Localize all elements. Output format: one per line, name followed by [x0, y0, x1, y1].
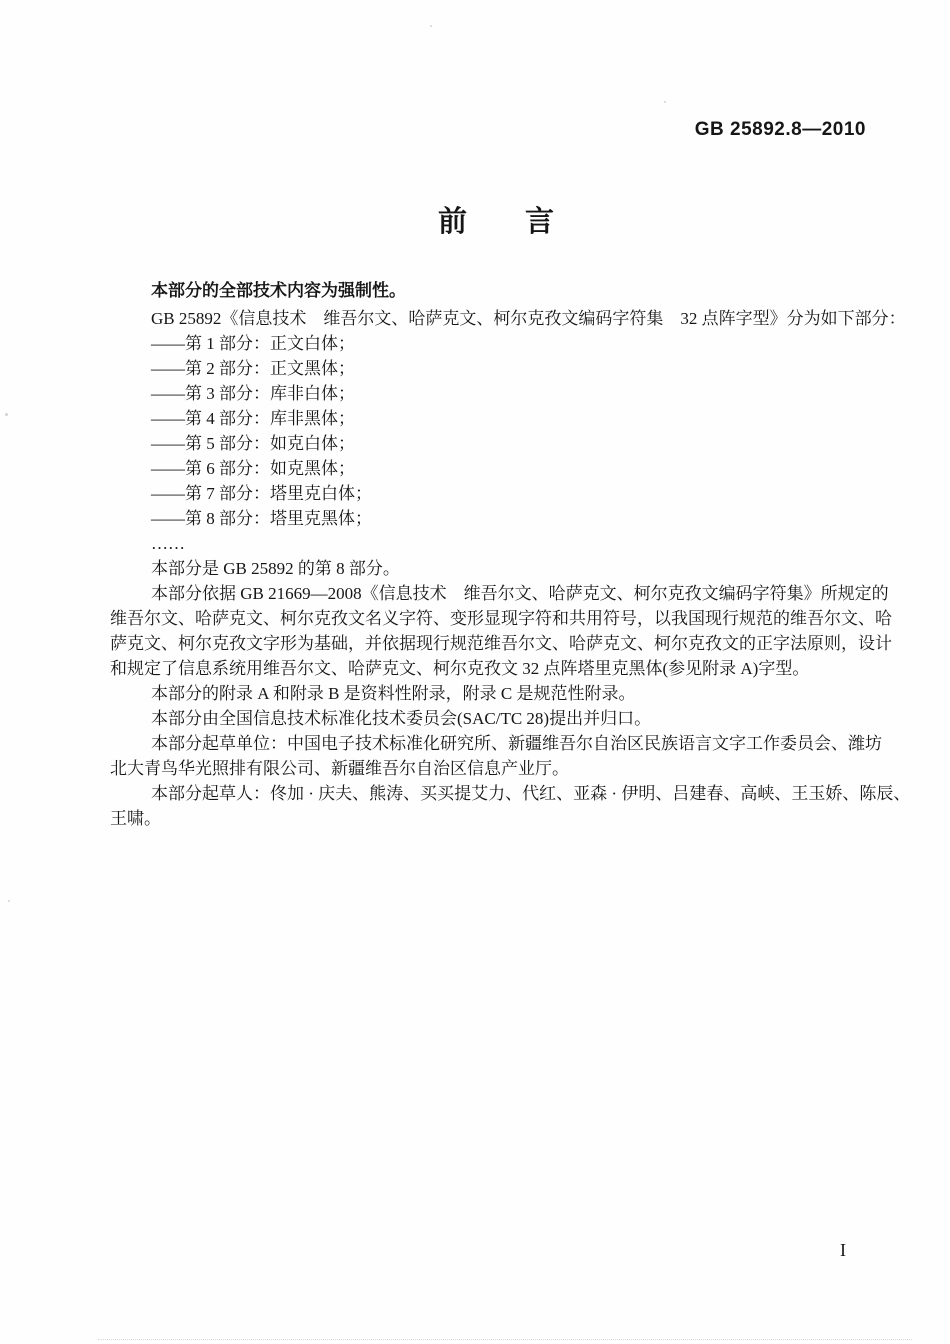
- scan-speck: [5, 413, 8, 416]
- list-item-part-3: ——第 3 部分：库非白体；: [110, 381, 890, 406]
- list-item-part-5: ——第 5 部分：如克白体；: [110, 431, 890, 456]
- body-line: GB 25892《信息技术 维吾尔文、哈萨克文、柯尔克孜文编码字符集 32 点阵…: [110, 306, 890, 331]
- body-line: 萨克文、柯尔克孜文字形为基础，并依据现行规范维吾尔文、哈萨克文、柯尔克孜文的正字…: [110, 631, 890, 656]
- body-line: 本部分起草人：佟加 · 庆夫、熊涛、买买提艾力、代红、亚森 · 伊明、吕建春、高…: [110, 781, 890, 806]
- body-line: 本部分依据 GB 21669—2008《信息技术 维吾尔文、哈萨克文、柯尔克孜文…: [110, 581, 890, 606]
- body-line: 本部分起草单位：中国电子技术标准化研究所、新疆维吾尔自治区民族语言文字工作委员会…: [110, 731, 890, 756]
- body-line: 本部分的全部技术内容为强制性。: [110, 278, 890, 303]
- page-number: I: [840, 1240, 846, 1261]
- list-item-part-4: ——第 4 部分：库非黑体；: [110, 406, 890, 431]
- body-line: 维吾尔文、哈萨克文、柯尔克孜文名义字符、变形显现字符和共用符号，以我国现行规范的…: [110, 606, 890, 631]
- body-line: 北大青鸟华光照排有限公司、新疆维吾尔自治区信息产业厅。: [110, 756, 890, 781]
- ellipsis-line: ……: [110, 531, 890, 556]
- list-item-part-8: ——第 8 部分：塔里克黑体；: [110, 506, 890, 531]
- foreword-body: 本部分的全部技术内容为强制性。 GB 25892《信息技术 维吾尔文、哈萨克文、…: [110, 278, 890, 831]
- scan-speck: [664, 101, 666, 103]
- list-item-part-6: ——第 6 部分：如克黑体；: [110, 456, 890, 481]
- list-item-part-7: ——第 7 部分：塔里克白体；: [110, 481, 890, 506]
- body-line: 本部分由全国信息技术标准化技术委员会(SAC/TC 28)提出并归口。: [110, 706, 890, 731]
- scan-edge-line: [98, 1339, 912, 1340]
- scan-speck: [8, 900, 10, 902]
- document-title: 前 言: [110, 199, 882, 240]
- scan-speck: [430, 25, 432, 27]
- scan-speck: [861, 598, 863, 600]
- standard-number: GB 25892.8—2010: [0, 119, 866, 141]
- body-line: 本部分是 GB 25892 的第 8 部分。: [110, 556, 890, 581]
- list-item-part-1: ——第 1 部分：正文白体；: [110, 331, 890, 356]
- list-item-part-2: ——第 2 部分：正文黑体；: [110, 356, 890, 381]
- scanned-document-page: GB 25892.8—2010 前 言 本部分的全部技术内容为强制性。 GB 2…: [0, 0, 950, 1344]
- body-line: 王啸。: [110, 806, 890, 831]
- body-line: 本部分的附录 A 和附录 B 是资料性附录，附录 C 是规范性附录。: [110, 681, 890, 706]
- body-line: 和规定了信息系统用维吾尔文、哈萨克文、柯尔克孜文 32 点阵塔里克黑体(参见附录…: [110, 656, 890, 681]
